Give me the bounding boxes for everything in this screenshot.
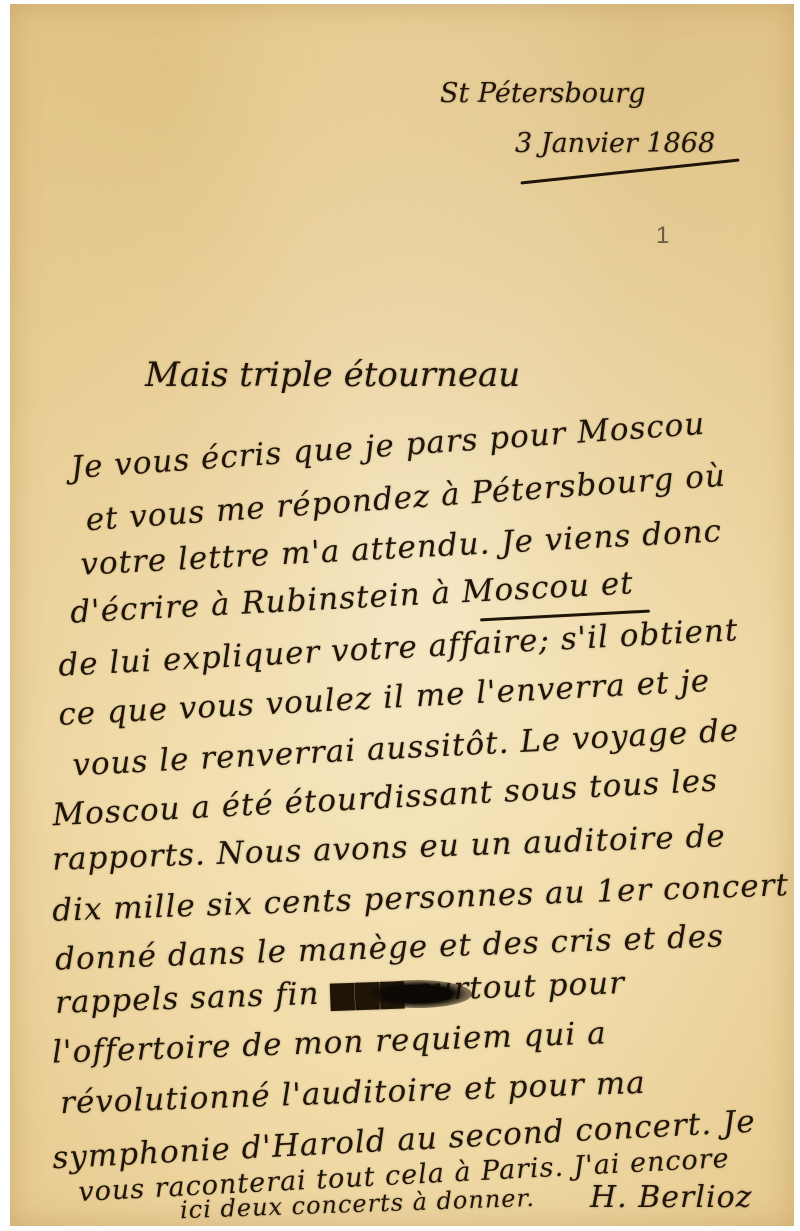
letter-date: 3 Janvier 1868 bbox=[515, 128, 715, 159]
greeting: Mais triple étourneau bbox=[145, 355, 520, 395]
ink-blot bbox=[364, 980, 472, 1008]
letter-place: St Pétersbourg bbox=[440, 78, 646, 109]
signature: H. Berlioz bbox=[590, 1180, 752, 1215]
page-number: 1 bbox=[656, 222, 669, 250]
